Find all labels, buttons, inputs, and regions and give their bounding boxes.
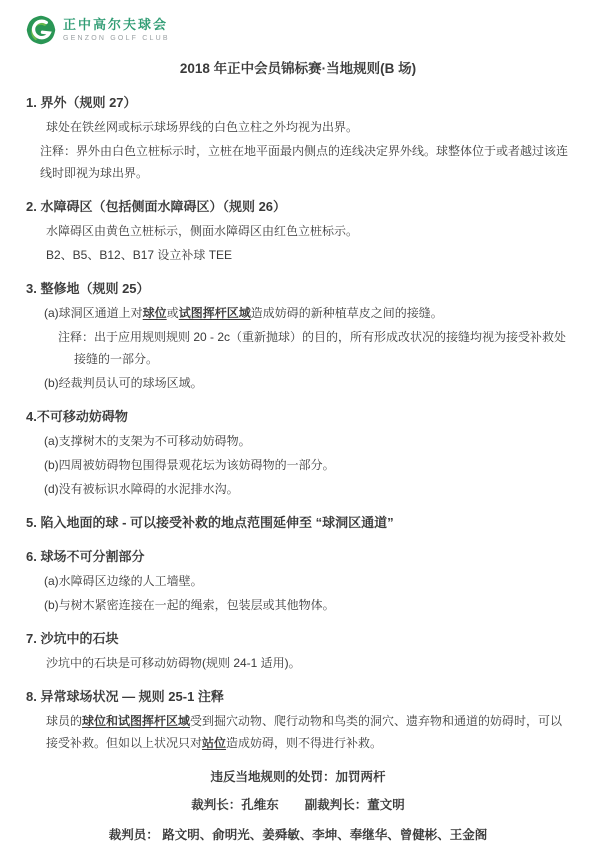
rule-paragraph: (b)与树木紧密连接在一起的绳索，包装层或其他物体。 xyxy=(26,594,570,616)
deputy-chief-referee: 副裁判长：董文明 xyxy=(305,794,405,816)
section-heading-integral-parts: 6. 球场不可分割部分 xyxy=(26,546,570,568)
rule-paragraph: (a)支撑树木的支架为不可移动妨碍物。 xyxy=(26,430,570,452)
referees-line: 裁判员： 路文明、俞明光、姜舜敏、李坤、奉继华、曾健彬、王金阁 xyxy=(26,824,570,846)
rule-paragraph: (a)球洞区通道上对球位或试图挥杆区域造成妨碍的新种植草皮之间的接缝。 xyxy=(26,302,570,324)
section-heading-stones-in-bunkers: 7. 沙坑中的石块 xyxy=(26,628,570,650)
section-embedded-ball: 5. 陷入地面的球 - 可以接受补救的地点范围延伸至 “球洞区通道” xyxy=(26,512,570,534)
club-logo: 正中高尔夫球会 GENZON GOLF CLUB xyxy=(26,12,570,48)
section-heading-abnormal-course-conditions: 8. 异常球场状况 — 规则 25-1 注释 xyxy=(26,686,570,708)
section-abnormal-course-conditions: 8. 异常球场状况 — 规则 25-1 注释 球员的球位和试图挥杆区域受到掘穴动… xyxy=(26,686,570,754)
rule-paragraph: (b)四周被妨碍物包围得景观花坛为该妨碍物的一部分。 xyxy=(26,454,570,476)
club-name-cn: 正中高尔夫球会 xyxy=(63,17,170,32)
rule-paragraph: 球员的球位和试图挥杆区域受到掘穴动物、爬行动物和鸟类的洞穴、遗弃物和通道的妨碍时… xyxy=(26,710,570,754)
rule-paragraph: 沙坑中的石块是可移动妨碍物(规则 24-1 适用)。 xyxy=(26,652,570,674)
rule-paragraph: 球处在铁丝网或标示球场界线的白色立柱之外均视为出界。 xyxy=(26,116,570,138)
section-heading-immovable-obstructions: 4.不可移动妨碍物 xyxy=(26,406,570,428)
document-title: 2018 年正中会员锦标赛·当地规则(B 场) xyxy=(26,58,570,80)
rule-paragraph: (b)经裁判员认可的球场区域。 xyxy=(26,372,570,394)
rule-paragraph: B2、B5、B12、B17 设立补球 TEE xyxy=(26,244,570,266)
section-water-hazards: 2. 水障碍区（包括侧面水障碍区）（规则 26） 水障碍区由黄色立桩标示，侧面水… xyxy=(26,196,570,266)
rule-paragraph: (a)水障碍区边缘的人工墙壁。 xyxy=(26,570,570,592)
document-page: 正中高尔夫球会 GENZON GOLF CLUB 2018 年正中会员锦标赛·当… xyxy=(0,0,600,855)
officials-line: 裁判长：孔维东 副裁判长：董文明 xyxy=(26,794,570,816)
section-heading-water-hazards: 2. 水障碍区（包括侧面水障碍区）（规则 26） xyxy=(26,196,570,218)
club-name-en: GENZON GOLF CLUB xyxy=(63,34,170,44)
club-logo-text: 正中高尔夫球会 GENZON GOLF CLUB xyxy=(63,17,170,44)
section-integral-parts: 6. 球场不可分割部分 (a)水障碍区边缘的人工墙壁。 (b)与树木紧密连接在一… xyxy=(26,546,570,616)
chief-referee: 裁判长：孔维东 xyxy=(191,794,279,816)
rule-note: 注释：界外由白色立桩标示时，立桩在地平面最内侧点的连线决定界外线。球整体位于或者… xyxy=(26,140,570,184)
section-heading-embedded-ball: 5. 陷入地面的球 - 可以接受补救的地点范围延伸至 “球洞区通道” xyxy=(26,512,570,534)
section-ground-under-repair: 3. 整修地（规则 25） (a)球洞区通道上对球位或试图挥杆区域造成妨碍的新种… xyxy=(26,278,570,394)
section-heading-out-of-bounds: 1. 界外（规则 27） xyxy=(26,92,570,114)
section-immovable-obstructions: 4.不可移动妨碍物 (a)支撑树木的支架为不可移动妨碍物。 (b)四周被妨碍物包… xyxy=(26,406,570,500)
club-logo-icon xyxy=(26,15,56,45)
rule-paragraph: 水障碍区由黄色立桩标示，侧面水障碍区由红色立桩标示。 xyxy=(26,220,570,242)
section-out-of-bounds: 1. 界外（规则 27） 球处在铁丝网或标示球场界线的白色立柱之外均视为出界。 … xyxy=(26,92,570,184)
section-heading-ground-under-repair: 3. 整修地（规则 25） xyxy=(26,278,570,300)
penalty-statement: 违反当地规则的处罚：加罚两杆 xyxy=(26,766,570,788)
section-stones-in-bunkers: 7. 沙坑中的石块 沙坑中的石块是可移动妨碍物(规则 24-1 适用)。 xyxy=(26,628,570,674)
rule-note: 注释：出于应用规则规则 20 - 2c（重新抛球）的目的，所有形成改状况的接缝均… xyxy=(26,326,570,370)
rule-paragraph: (d)没有被标识水障碍的水泥排水沟。 xyxy=(26,478,570,500)
